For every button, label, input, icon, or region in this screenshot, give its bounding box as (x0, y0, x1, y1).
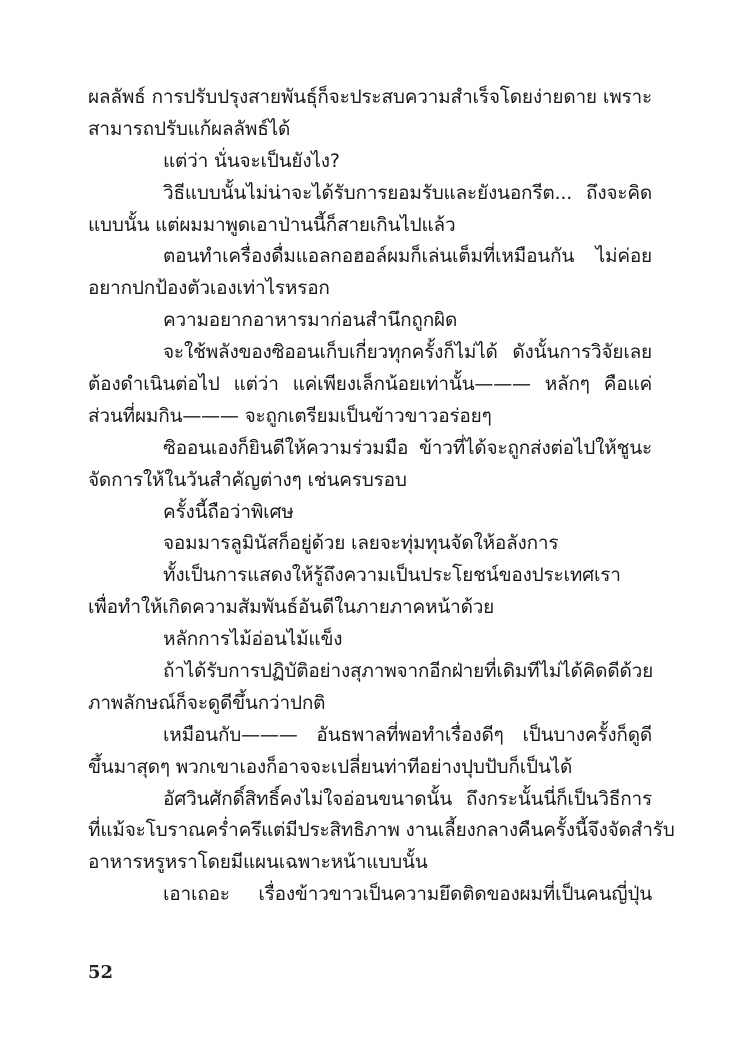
text-line: อัศวินศักดิ์สิทธิ์คงไม่ใจอ่อนขนาดนั้น ถึ… (88, 784, 652, 816)
text-line: ผลลัพธ์ การปรับปรุงสายพันธุ์ก็จะประสบควา… (88, 82, 652, 114)
text-line: ครั้งนี้ถือว่าพิเศษ (88, 497, 652, 529)
text-line: แบบนั้น แต่ผมมาพูดเอาป่านนี้ก็สายเกินไปแ… (88, 210, 652, 242)
text-line: หลักการไม้อ่อนไม้แข็ง (88, 624, 652, 656)
text-line: อาหารหรูหราโดยมีแผนเฉพาะหน้าแบบนั้น (88, 847, 652, 879)
text-line: ภาพลักษณ์ก็จะดูดีขึ้นกว่าปกติ (88, 688, 652, 720)
text-line: เอาเถอะ เรื่องข้าวขาวเป็นความยึดติดของผม… (88, 879, 652, 911)
text-line: จอมมารลูมินัสก็อยู่ด้วย เลยจะทุ่มทุนจัดใ… (88, 528, 652, 560)
text-line: ตอนทำเครื่องดื่มแอลกอฮอล์ผมก็เล่นเต็มที่… (88, 241, 652, 273)
text-line: ส่วนที่ผมกิน——— จะถูกเตรียมเป็นข้าวขาวอร… (88, 401, 652, 433)
text-line: เพื่อทำให้เกิดความสัมพันธ์อันดีในภายภาคห… (88, 592, 652, 624)
text-line: วิธีแบบนั้นไม่น่าจะได้รับการยอมรับและยัง… (88, 178, 652, 210)
page-number: 52 (88, 962, 113, 983)
text-line: ซิออนเองก็ยินดีให้ความร่วมมือ ข้าวที่ได้… (88, 433, 652, 465)
text-line: จะใช้พลังของซิออนเก็บเกี่ยวทุกครั้งก็ไม่… (88, 337, 652, 369)
text-line: ทั้งเป็นการแสดงให้รู้ถึงความเป็นประโยชน์… (88, 560, 652, 592)
text-line: ขึ้นมาสุดๆ พวกเขาเองก็อาจจะเปลี่ยนท่าทีอ… (88, 752, 652, 784)
text-line: อยากปกป้องตัวเองเท่าไรหรอก (88, 273, 652, 305)
text-line: จัดการให้ในวันสำคัญต่างๆ เช่นครบรอบ (88, 465, 652, 497)
text-line: ที่แม้จะโบราณคร่ำครึแต่มีประสิทธิภาพ งาน… (88, 815, 652, 847)
body-text: ผลลัพธ์ การปรับปรุงสายพันธุ์ก็จะประสบควา… (88, 82, 652, 911)
book-page: ผลลัพธ์ การปรับปรุงสายพันธุ์ก็จะประสบควา… (0, 0, 738, 1051)
text-line: สามารถปรับแก้ผลลัพธ์ได้ (88, 114, 652, 146)
text-line: ความอยากอาหารมาก่อนสำนึกถูกผิด (88, 305, 652, 337)
text-line: ถ้าได้รับการปฏิบัติอย่างสุภาพจากอีกฝ่ายท… (88, 656, 652, 688)
text-line: ต้องดำเนินต่อไป แต่ว่า แค่เพียงเล็กน้อยเ… (88, 369, 652, 401)
text-line: เหมือนกับ——— อันธพาลที่พอทำเรื่องดีๆ เป็… (88, 720, 652, 752)
text-line: แต่ว่า นั่นจะเป็นยังไง? (88, 146, 652, 178)
